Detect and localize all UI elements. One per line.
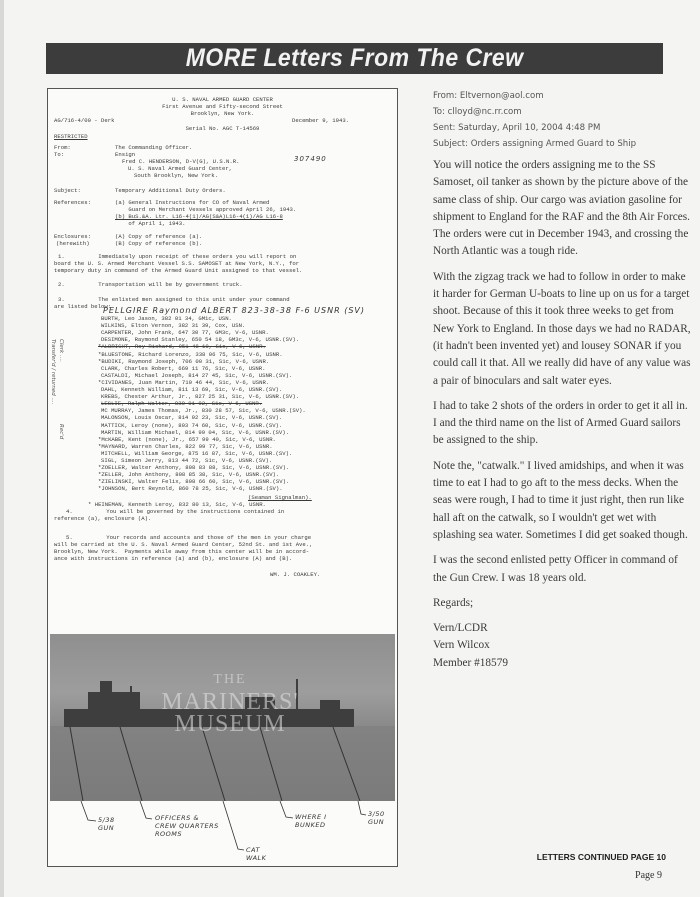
caption-5-38-gun: 5/38 GUN [98, 816, 115, 832]
margin-note: Transfer'd / returned .... [49, 339, 56, 405]
caption-officers-crew-quarters: OFFICERS & CREW QUARTERS ROOMS [155, 814, 219, 838]
serial-number: Serial No. AGC T-14569 [48, 126, 397, 133]
memo-date: December 9, 1943. [292, 118, 349, 125]
caption-3-50-gun: 3/50 GUN [368, 810, 385, 826]
handwritten-number: 307490 [294, 156, 327, 163]
watermark-line: MARINERS' [145, 691, 315, 713]
signature-line: Vern Wilcox [433, 637, 691, 654]
letter-body: You will notice the orders assigning me … [433, 157, 691, 672]
references-label: References: [54, 200, 91, 207]
letter-paragraph: I was the second enlisted petty Officer … [433, 552, 691, 587]
letter-closing: Regards; [433, 595, 691, 612]
email-subject: Subject: Orders assigning Armed Guard to… [433, 136, 683, 152]
caption-where-bunked: WHERE I BUNKED [295, 813, 327, 829]
subject-label: Subject: [54, 188, 81, 195]
continued-link[interactable]: LETTERS CONTINUED PAGE 10 [537, 852, 666, 862]
paragraph-2: 2. Transportation will be by government … [58, 282, 243, 289]
margin-note: Rec'd [57, 424, 64, 439]
enclosure-line: (B) Copy of reference (b). [115, 241, 202, 248]
crew-member: MALONSON, Louis Oscar, 814 92 23, S1c, V… [101, 415, 282, 422]
handwritten-crew-entry: PELLGIRE Raymond ALBERT 823-38-38 F-6 US… [103, 308, 365, 315]
page-title: MORE Letters From The Crew [186, 44, 524, 73]
watermark-line: THE [145, 669, 315, 691]
crew-member: *JOHNSON, Bert Reynold, 860 78 25, S1c, … [98, 486, 283, 493]
to-label: To: [54, 152, 64, 159]
file-reference: AG/716-4/00 - Derk [54, 118, 114, 125]
paragraph-4-line: reference (a), enclosure (A). [54, 516, 151, 523]
letter-paragraph: You will notice the orders assigning me … [433, 157, 691, 261]
to-line: South Brooklyn, New York. [134, 173, 218, 180]
title-banner: MORE Letters From The Crew [46, 43, 663, 74]
enclosures-sublabel: (herewith) [56, 241, 90, 248]
email-header: From: Eltvernon@aol.com To: clloyd@nc.rr… [433, 88, 683, 152]
email-sent: Sent: Saturday, April 10, 2004 4:48 PM [433, 120, 683, 136]
signature-line: Vern/LCDR [433, 620, 691, 637]
email-to: To: clloyd@nc.rr.com [433, 104, 683, 120]
watermark-line: MUSEUM [145, 713, 315, 735]
subject-value: Temporary Additional Duty Orders. [115, 188, 226, 195]
tanker-ship-photo: THE MARINERS' MUSEUM [50, 634, 395, 801]
paragraph-5-line: ance with instructions in reference (a) … [54, 556, 292, 563]
museum-watermark: THE MARINERS' MUSEUM [145, 669, 315, 735]
memo-signature: WM. J. COAKLEY. [270, 572, 320, 579]
classification: RESTRICTED [54, 134, 88, 141]
paragraph-1-line: temporary duty in command of the Armed G… [54, 268, 302, 275]
orders-document-scan: U. S. NAVAL ARMED GUARD CENTER First Ave… [47, 88, 398, 867]
typed-orders-memo: U. S. NAVAL ARMED GUARD CENTER First Ave… [48, 89, 397, 634]
member-number: Member #18579 [433, 655, 691, 672]
letter-paragraph: I had to take 2 shots of the orders in o… [433, 398, 691, 450]
page-edge [0, 0, 4, 897]
margin-note: Clerk .... [57, 339, 64, 362]
leader-lines-icon [48, 801, 396, 867]
page-number: Page 9 [635, 870, 662, 881]
letter-paragraph: Note the, "catwalk." I lived amidships, … [433, 458, 691, 544]
photo-annotations: 5/38 GUN OFFICERS & CREW QUARTERS ROOMS … [48, 801, 397, 867]
email-from: From: Eltvernon@aol.com [433, 88, 683, 104]
reference-line: of April 1, 1943. [115, 221, 186, 228]
letter-paragraph: With the zigzag track we had to follow i… [433, 269, 691, 390]
caption-catwalk: CAT WALK [246, 846, 266, 862]
crew-member: *ALBRIGHT, Roy Richard, 951 48 10, S1c, … [98, 344, 266, 351]
